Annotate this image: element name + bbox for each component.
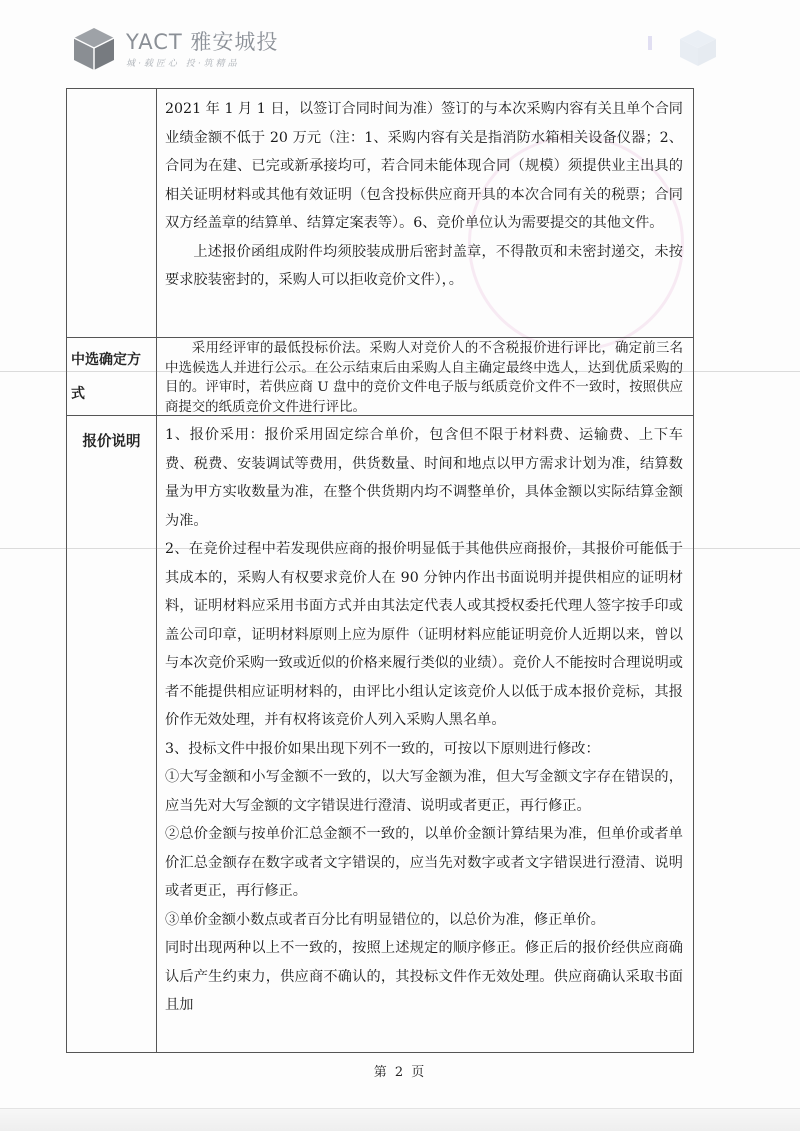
table-row-qualification-continued: 2021 年 1 月 1 日，以签订合同时间为准）签订的与本次采购内容有关且单个…	[67, 89, 693, 337]
row-label: 中选确定方式	[67, 338, 157, 415]
paragraph: 2、在竞价过程中若发现供应商的报价明显低于其他供应商报价，其报价可能低于其成本的…	[165, 535, 683, 735]
scan-artifact-line	[0, 548, 800, 549]
document-table: 2021 年 1 月 1 日，以签订合同时间为准）签订的与本次采购内容有关且单个…	[66, 88, 694, 1053]
paragraph: ③单价金额小数点或者百分比有明显错位的，以总价为准，修正单价。	[165, 906, 683, 935]
paragraph: 2021 年 1 月 1 日，以签订合同时间为准）签订的与本次采购内容有关且单个…	[165, 95, 683, 238]
watermark-cube-icon	[678, 28, 718, 68]
paragraph: ②总价金额与按单价汇总金额不一致的，以单价金额计算结果为准，但单价或者单价汇总金…	[165, 820, 683, 906]
brand-slogan: 城·载匠心 投·筑精品	[126, 56, 278, 69]
table-row-quotation-notes: 报价说明 1、报价采用：报价采用固定综合单价，包含但不限于材料费、运输费、上下车…	[67, 415, 693, 1052]
company-logo: YACT 雅安城投 城·载匠心 投·筑精品	[72, 26, 278, 72]
paragraph: 3、投标文件中报价如果出现下列不一致的，可按以下原则进行修改：	[165, 735, 683, 764]
row-label: 报价说明	[67, 416, 157, 1052]
table-row-selection-method: 中选确定方式 采用经评审的最低投标价法。采购人对竞价人的不含税报价进行评比，确定…	[67, 337, 693, 415]
paragraph: 采用经评审的最低投标价法。采购人对竞价人的不含税报价进行评比，确定前三名中选候选…	[165, 339, 683, 417]
scan-artifact-line	[0, 371, 800, 372]
row-label	[67, 89, 157, 337]
row-content: 2021 年 1 月 1 日，以签订合同时间为准）签订的与本次采购内容有关且单个…	[157, 89, 693, 337]
page-number: 第 2 页	[0, 1061, 800, 1080]
row-content: 采用经评审的最低投标价法。采购人对竞价人的不含税报价进行评比，确定前三名中选候选…	[157, 338, 693, 415]
paragraph: 上述报价函组成附件均须胶装成册后密封盖章，不得散页和未密封递交，未按要求胶装密封…	[165, 238, 683, 295]
paragraph: 同时出现两种以上不一致的，按照上述规定的顺序修正。修正后的报价经供应商确认后产生…	[165, 934, 683, 1020]
row-content: 1、报价采用：报价采用固定综合单价，包含但不限于材料费、运输费、上下车费、税费、…	[157, 416, 693, 1052]
cube-logo-icon	[72, 26, 116, 72]
paragraph: ①大写金额和小写金额不一致的，以大写金额为准，但大写金额文字存在错误的，应当先对…	[165, 763, 683, 820]
brand-name: YACT 雅安城投	[126, 30, 278, 54]
paragraph: 1、报价采用：报价采用固定综合单价，包含但不限于材料费、运输费、上下车费、税费、…	[165, 421, 683, 535]
scan-artifact	[648, 36, 652, 50]
scan-bottom-edge	[0, 1108, 800, 1131]
